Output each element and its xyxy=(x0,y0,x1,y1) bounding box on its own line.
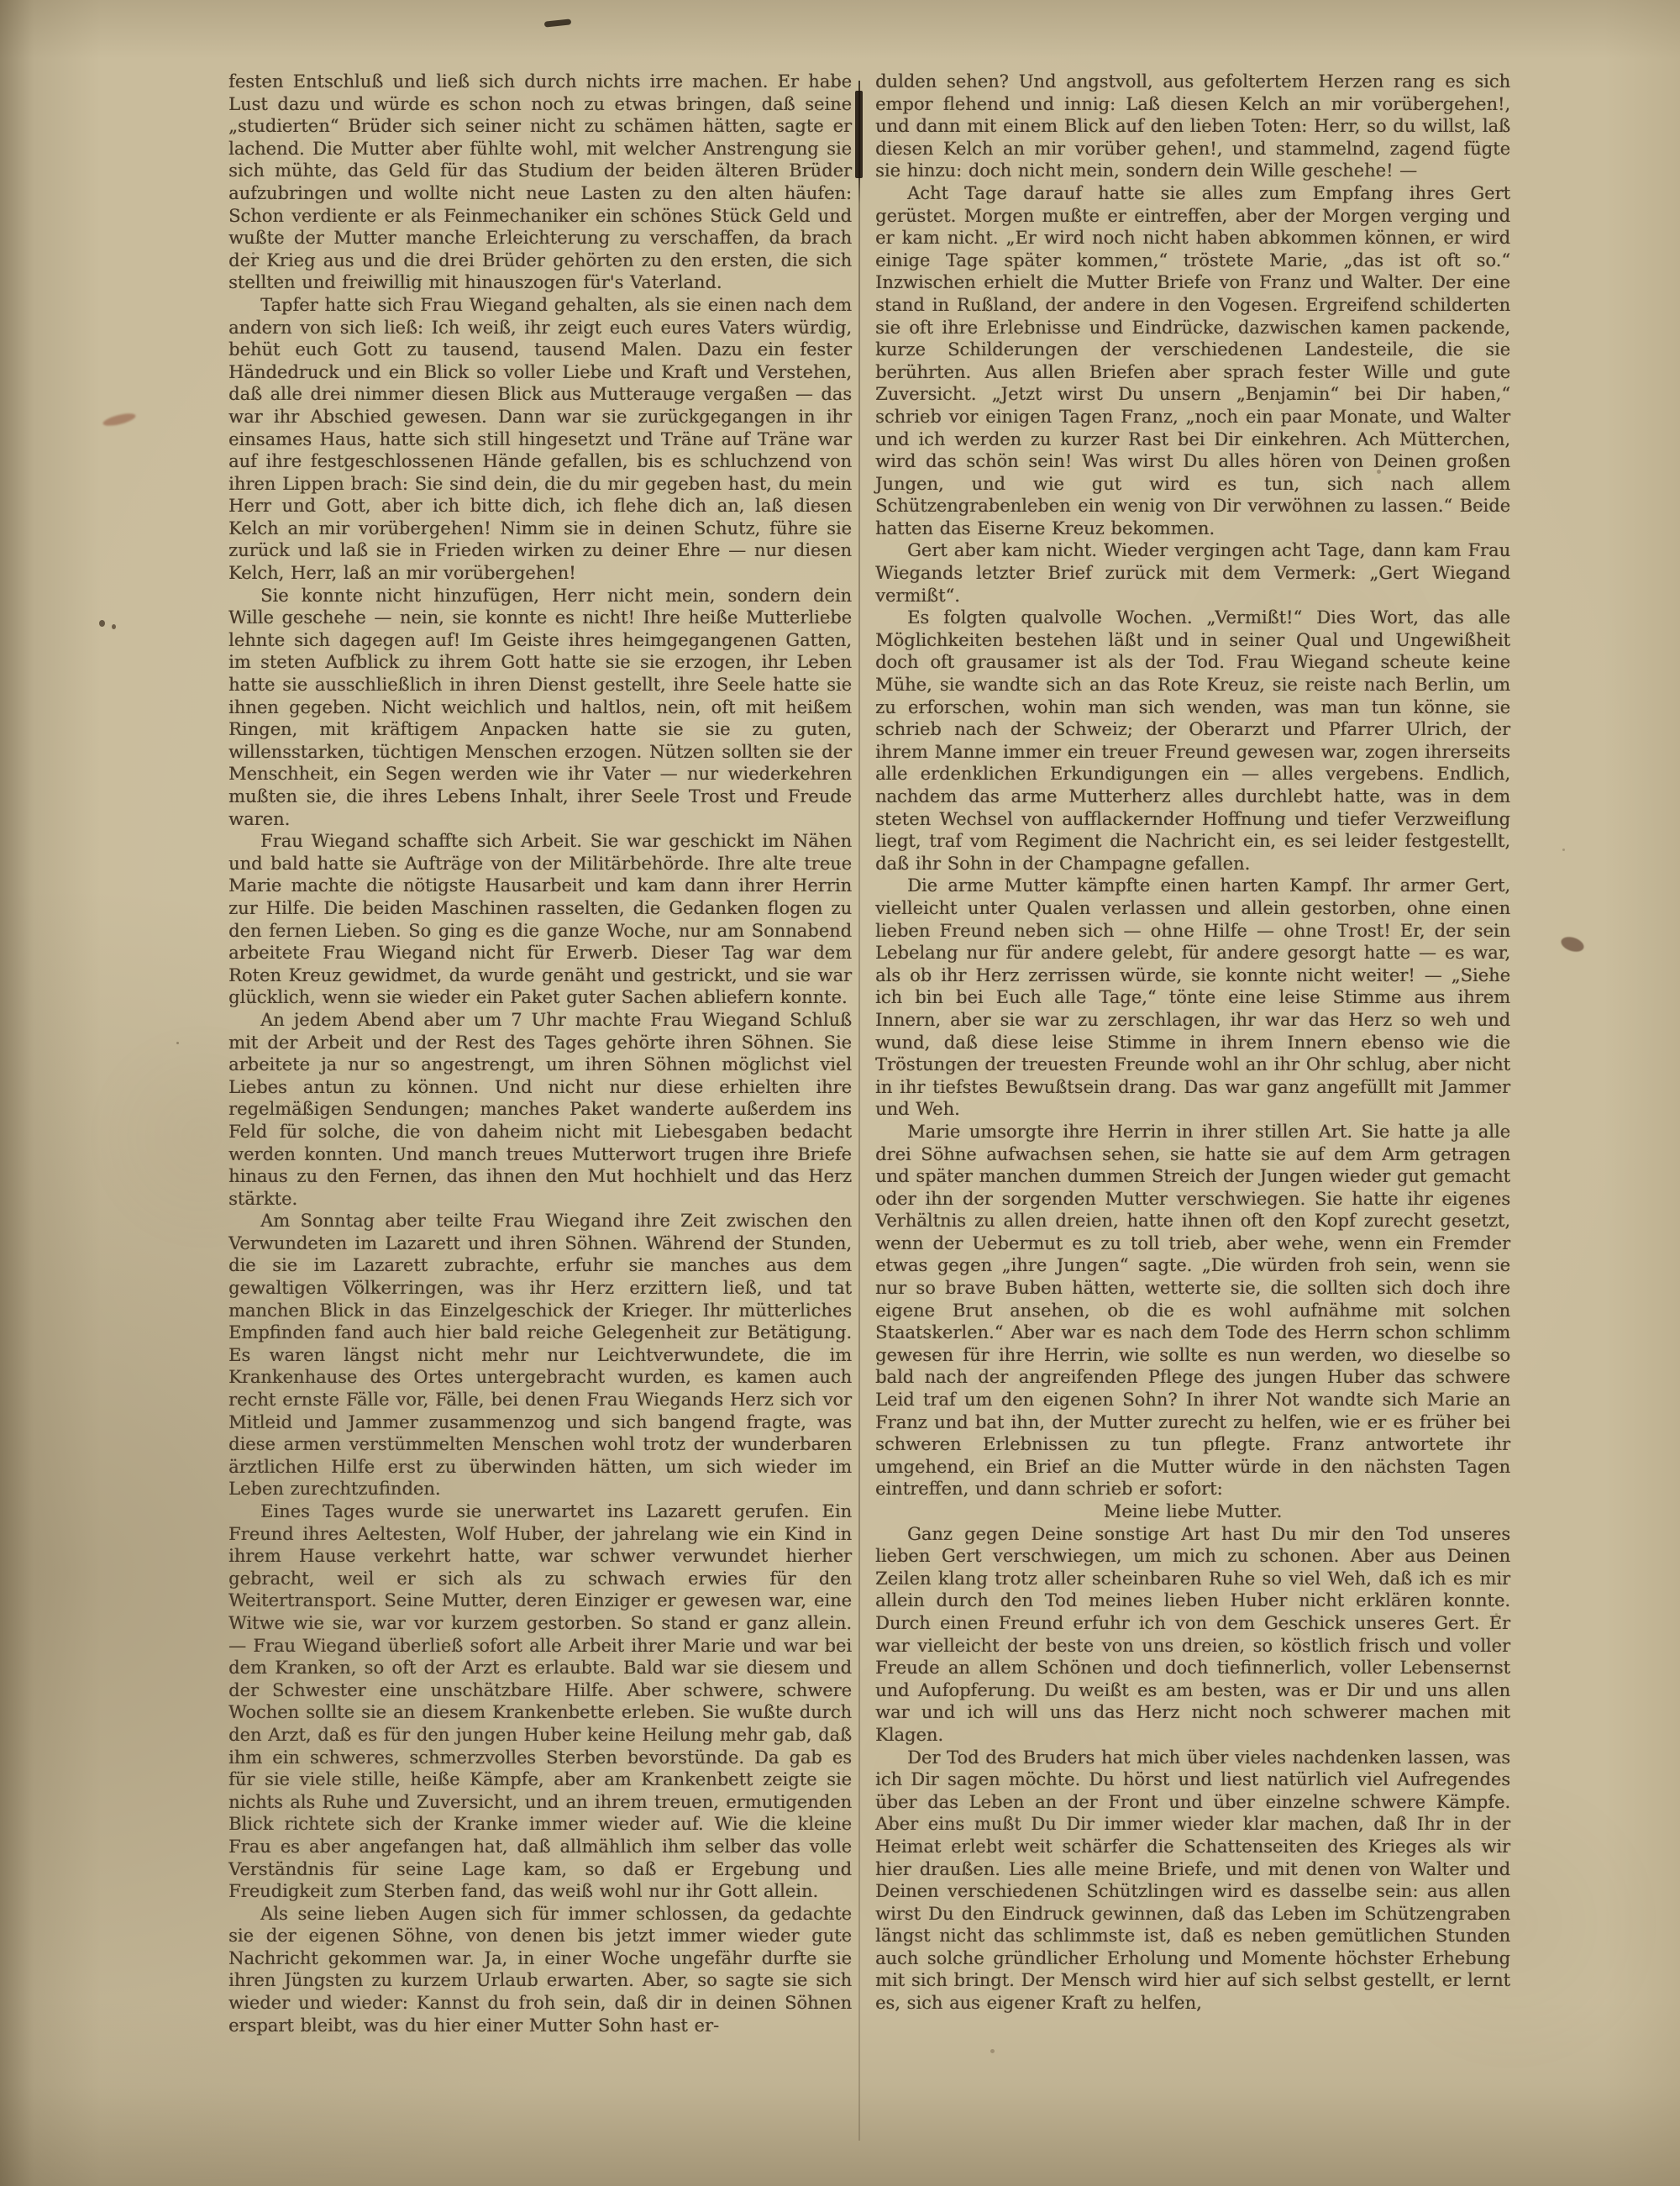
paragraph: dulden sehen? Und angstvoll, aus gefolte… xyxy=(875,71,1510,182)
paragraph: Eines Tages wurde sie unerwartet ins Laz… xyxy=(228,1500,852,1903)
paragraph: festen Entschluß und ließ sich durch nic… xyxy=(228,71,852,294)
paragraph: Marie umsorgte ihre Herrin in ihrer stil… xyxy=(875,1121,1510,1500)
paragraph: Am Sonntag aber teilte Frau Wiegand ihre… xyxy=(228,1210,852,1500)
scanned-book-page: { "page": { "paper_color": "#c9bc9c", "i… xyxy=(0,0,1680,2186)
text-column-right: dulden sehen? Und angstvoll, aus gefolte… xyxy=(875,71,1510,2015)
paragraph: Die arme Mutter kämpfte einen harten Kam… xyxy=(875,875,1510,1121)
text-column-left: festen Entschluß und ließ sich durch nic… xyxy=(228,71,852,2036)
column-divider-rule xyxy=(858,81,860,2141)
paragraph: Der Tod des Bruders hat mich über vieles… xyxy=(875,1747,1510,2015)
paragraph: Frau Wiegand schaffte sich Arbeit. Sie w… xyxy=(228,830,852,1009)
ink-dots-mark xyxy=(99,620,105,627)
paragraph: Gert aber kam nicht. Wieder vergingen ac… xyxy=(875,539,1510,607)
paragraph: Tapfer hatte sich Frau Wiegand gehalten,… xyxy=(228,294,852,585)
letter-salutation: Meine liebe Mutter. xyxy=(875,1500,1510,1523)
paragraph: Als seine lieben Augen sich für immer sc… xyxy=(228,1903,852,2037)
paragraph: Acht Tage darauf hatte sie alles zum Emp… xyxy=(875,182,1510,540)
paragraph: Es folgten qualvolle Wochen. „Vermißt!“ … xyxy=(875,607,1510,875)
paragraph: Ganz gegen Deine sonstige Art hast Du mi… xyxy=(875,1523,1510,1747)
column-divider-heavy-ink xyxy=(855,91,863,178)
paragraph: An jedem Abend aber um 7 Uhr machte Frau… xyxy=(228,1009,852,1210)
paragraph: Sie konnte nicht hinzufügen, Herr nicht … xyxy=(228,585,852,831)
